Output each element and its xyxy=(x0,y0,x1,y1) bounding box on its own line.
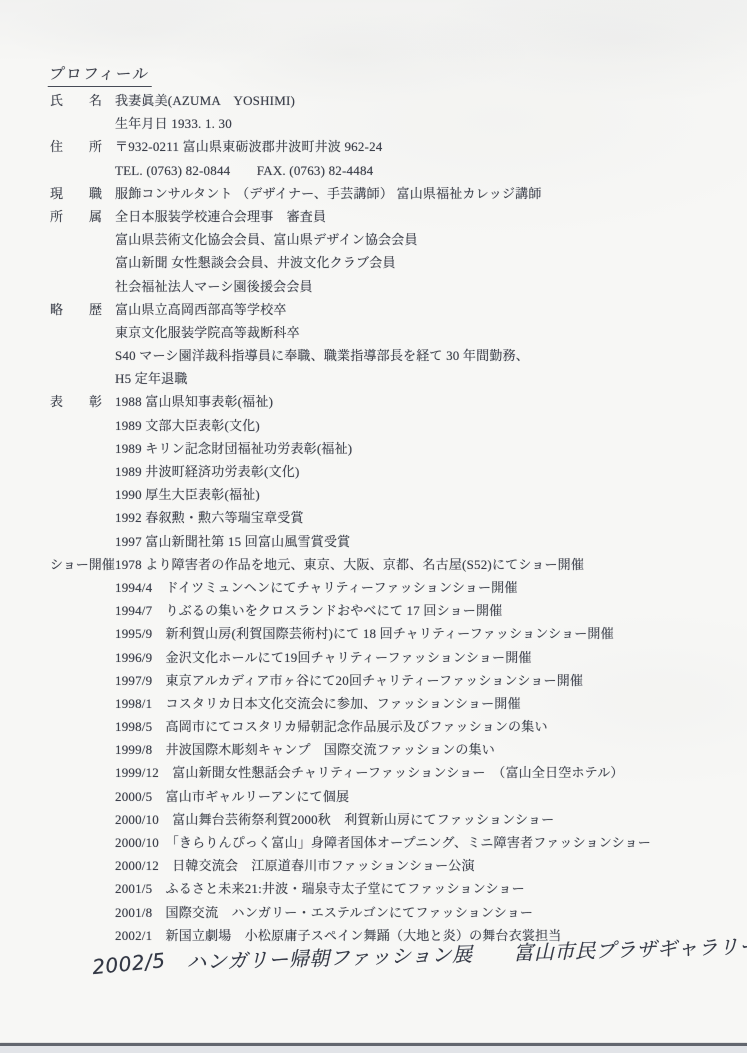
row-text: 1994/7 りぶるの集いをクロスランドおやべにて 17 回ショー開催 xyxy=(115,600,502,619)
profile-row: 1989 文部大臣表彰(文化) xyxy=(50,415,740,438)
row-text: 2000/10 「きらりんぴっく富山」身障者国体オープニング、ミニ障害者ファッシ… xyxy=(115,832,651,851)
row-text: 東京文化服装学院高等裁断科卒 xyxy=(115,322,300,341)
row-text: 2001/5 ふるさと未来21:井波・瑞泉寺太子堂にてファッションショー xyxy=(115,878,525,897)
row-text: 2001/8 国際交流 ハンガリー・エステルゴンにてファッションショー xyxy=(115,902,533,921)
profile-row: 現 職 服飾コンサルタント （デザイナー、手芸講師） 富山県福祉カレッジ講師 xyxy=(50,183,740,206)
profile-row: 2000/12 日韓交流会 江原道春川市ファッションショー公演 xyxy=(50,855,740,878)
row-text: 1998/1 コスタリカ日本文化交流会に参加、ファッションショー開催 xyxy=(115,693,521,712)
profile-row: 1992 春叙勲・勲六等瑞宝章受賞 xyxy=(50,507,740,530)
row-label: 所 属 xyxy=(50,206,115,225)
row-label: ショー開催 xyxy=(50,554,115,573)
profile-row: 2001/8 国際交流 ハンガリー・エステルゴンにてファッションショー xyxy=(50,902,740,925)
profile-row: 略 歴 富山県立高岡西部高等学校卒 xyxy=(50,299,740,322)
row-text: S40 マーシ園洋裁科指導員に奉職、職業指導部長を経て 30 年間勤務、 xyxy=(115,345,529,364)
row-text: 1994/4 ドイツミュンヘンにてチャリティーファッションショー開催 xyxy=(115,577,518,596)
row-text: 1978 より障害者の作品を地元、東京、大阪、京都、名古屋(S52)にてショー開… xyxy=(115,554,584,573)
profile-row: 1998/1 コスタリカ日本文化交流会に参加、ファッションショー開催 xyxy=(50,693,740,716)
row-text: 1999/12 富山新聞女性懇話会チャリティーファッションショー （富山全日空ホ… xyxy=(115,762,624,781)
row-text: 全日本服装学校連合会理事 審査員 xyxy=(115,206,326,225)
profile-row: 2000/10 「きらりんぴっく富山」身障者国体オープニング、ミニ障害者ファッシ… xyxy=(50,832,740,855)
profile-row: 1994/4 ドイツミュンヘンにてチャリティーファッションショー開催 xyxy=(50,577,740,600)
row-text: 社会福祉法人マーシ園後援会会員 xyxy=(115,276,313,295)
profile-row: 1996/9 金沢文化ホールにて19回チャリティーファッションショー開催 xyxy=(50,647,740,670)
row-text: 我妻眞美(AZUMA YOSHIMI) xyxy=(115,90,295,109)
row-label: 表 彰 xyxy=(50,391,115,410)
profile-row: 1997/9 東京アルカディア市ヶ谷にて20回チャリティーファッションショー開催 xyxy=(50,670,740,693)
profile-row: 1998/5 高岡市にてコスタリカ帰朝記念作品展示及びファッションの集い xyxy=(50,716,740,739)
row-text: 富山新聞 女性懇談会会員、井波文化クラブ会員 xyxy=(115,252,396,271)
row-text: 1997 富山新聞社第 15 回富山風雪賞受賞 xyxy=(115,531,350,550)
row-text: TEL. (0763) 82-0844 FAX. (0763) 82-4484 xyxy=(115,160,373,179)
row-text: 服飾コンサルタント （デザイナー、手芸講師） 富山県福祉カレッジ講師 xyxy=(115,183,542,202)
row-text: 富山県芸術文化協会会員、富山県デザイン協会会員 xyxy=(115,229,418,248)
row-label: 住 所 xyxy=(50,136,115,155)
scan-edge-shadow xyxy=(0,1046,747,1053)
profile-row: 1989 井波町経済功労表彰(文化) xyxy=(50,461,740,484)
row-text: 1995/9 新利賀山房(利賀国際芸術村)にて 18 回チャリティーファッション… xyxy=(115,623,614,642)
profile-row: 1999/8 井波国際木彫刻キャンプ 国際交流ファッションの集い xyxy=(50,739,740,762)
profile-row: 1997 富山新聞社第 15 回富山風雪賞受賞 xyxy=(50,531,740,554)
row-text: 1997/9 東京アルカディア市ヶ谷にて20回チャリティーファッションショー開催 xyxy=(115,670,583,689)
profile-row: ショー開催 1978 より障害者の作品を地元、東京、大阪、京都、名古屋(S52)… xyxy=(50,554,740,577)
profile-row: 2000/10 富山舞台芸術祭利賀2000秋 利賀新山房にてファッションショー xyxy=(50,809,740,832)
row-text: 1989 井波町経済功労表彰(文化) xyxy=(115,461,300,480)
row-text: 1990 厚生大臣表彰(福祉) xyxy=(115,484,260,503)
profile-row: 1994/7 りぶるの集いをクロスランドおやべにて 17 回ショー開催 xyxy=(50,600,740,623)
row-text: 1988 富山県知事表彰(福祉) xyxy=(115,391,273,410)
row-text: 富山県立高岡西部高等学校卒 xyxy=(115,299,287,318)
profile-row: 生年月日 1933. 1. 30 xyxy=(50,113,740,136)
row-text: 1989 文部大臣表彰(文化) xyxy=(115,415,260,434)
row-text: 生年月日 1933. 1. 30 xyxy=(115,113,232,132)
profile-rows: 氏 名 我妻眞美(AZUMA YOSHIMI) 生年月日 1933. 1. 30… xyxy=(50,90,740,948)
page-title: プロフィール xyxy=(48,62,155,87)
row-text: 1996/9 金沢文化ホールにて19回チャリティーファッションショー開催 xyxy=(115,647,532,666)
profile-row: 2001/5 ふるさと未来21:井波・瑞泉寺太子堂にてファッションショー xyxy=(50,878,740,901)
row-label: 略 歴 xyxy=(50,299,115,318)
profile-row: 1990 厚生大臣表彰(福祉) xyxy=(50,484,740,507)
profile-row: 表 彰 1988 富山県知事表彰(福祉) xyxy=(50,391,740,414)
row-text: 1998/5 高岡市にてコスタリカ帰朝記念作品展示及びファッションの集い xyxy=(115,716,548,735)
row-text: 2000/12 日韓交流会 江原道春川市ファッションショー公演 xyxy=(115,855,475,874)
row-text: 1999/8 井波国際木彫刻キャンプ 国際交流ファッションの集い xyxy=(115,739,495,758)
row-text: 1992 春叙勲・勲六等瑞宝章受賞 xyxy=(115,507,304,526)
profile-row: H5 定年退職 xyxy=(50,368,740,391)
row-label: 氏 名 xyxy=(50,90,115,109)
profile-row: S40 マーシ園洋裁科指導員に奉職、職業指導部長を経て 30 年間勤務、 xyxy=(50,345,740,368)
row-text: 2000/5 富山市ギャルリーアンにて個展 xyxy=(115,786,349,805)
profile-row: 1989 キリン記念財団福祉功労表彰(福祉) xyxy=(50,438,740,461)
handwritten-date: 2002/5 xyxy=(91,948,166,979)
profile-row: 住 所 〒932-0211 富山県東砺波郡井波町井波 962-24 xyxy=(50,136,740,159)
scan-bottom-edge xyxy=(0,1043,747,1053)
row-label: 現 職 xyxy=(50,183,115,202)
profile-row: 富山新聞 女性懇談会会員、井波文化クラブ会員 xyxy=(50,252,740,275)
profile-row: 2000/5 富山市ギャルリーアンにて個展 xyxy=(50,786,740,809)
row-text: 〒932-0211 富山県東砺波郡井波町井波 962-24 xyxy=(115,136,382,155)
profile-row: 富山県芸術文化協会会員、富山県デザイン協会会員 xyxy=(50,229,740,252)
profile-row: 社会福祉法人マーシ園後援会会員 xyxy=(50,276,740,299)
profile-row: 氏 名 我妻眞美(AZUMA YOSHIMI) xyxy=(50,90,740,113)
profile-row: TEL. (0763) 82-0844 FAX. (0763) 82-4484 xyxy=(50,160,740,183)
profile-row: 東京文化服装学院高等裁断科卒 xyxy=(50,322,740,345)
profile-row: 所 属 全日本服装学校連合会理事 審査員 xyxy=(50,206,740,229)
profile-row: 1999/12 富山新聞女性懇話会チャリティーファッションショー （富山全日空ホ… xyxy=(50,762,740,785)
profile-row: 1995/9 新利賀山房(利賀国際芸術村)にて 18 回チャリティーファッション… xyxy=(50,623,740,646)
row-text: 2000/10 富山舞台芸術祭利賀2000秋 利賀新山房にてファッションショー xyxy=(115,809,554,828)
row-text: 1989 キリン記念財団福祉功労表彰(福祉) xyxy=(115,438,352,457)
row-text: H5 定年退職 xyxy=(115,368,188,387)
